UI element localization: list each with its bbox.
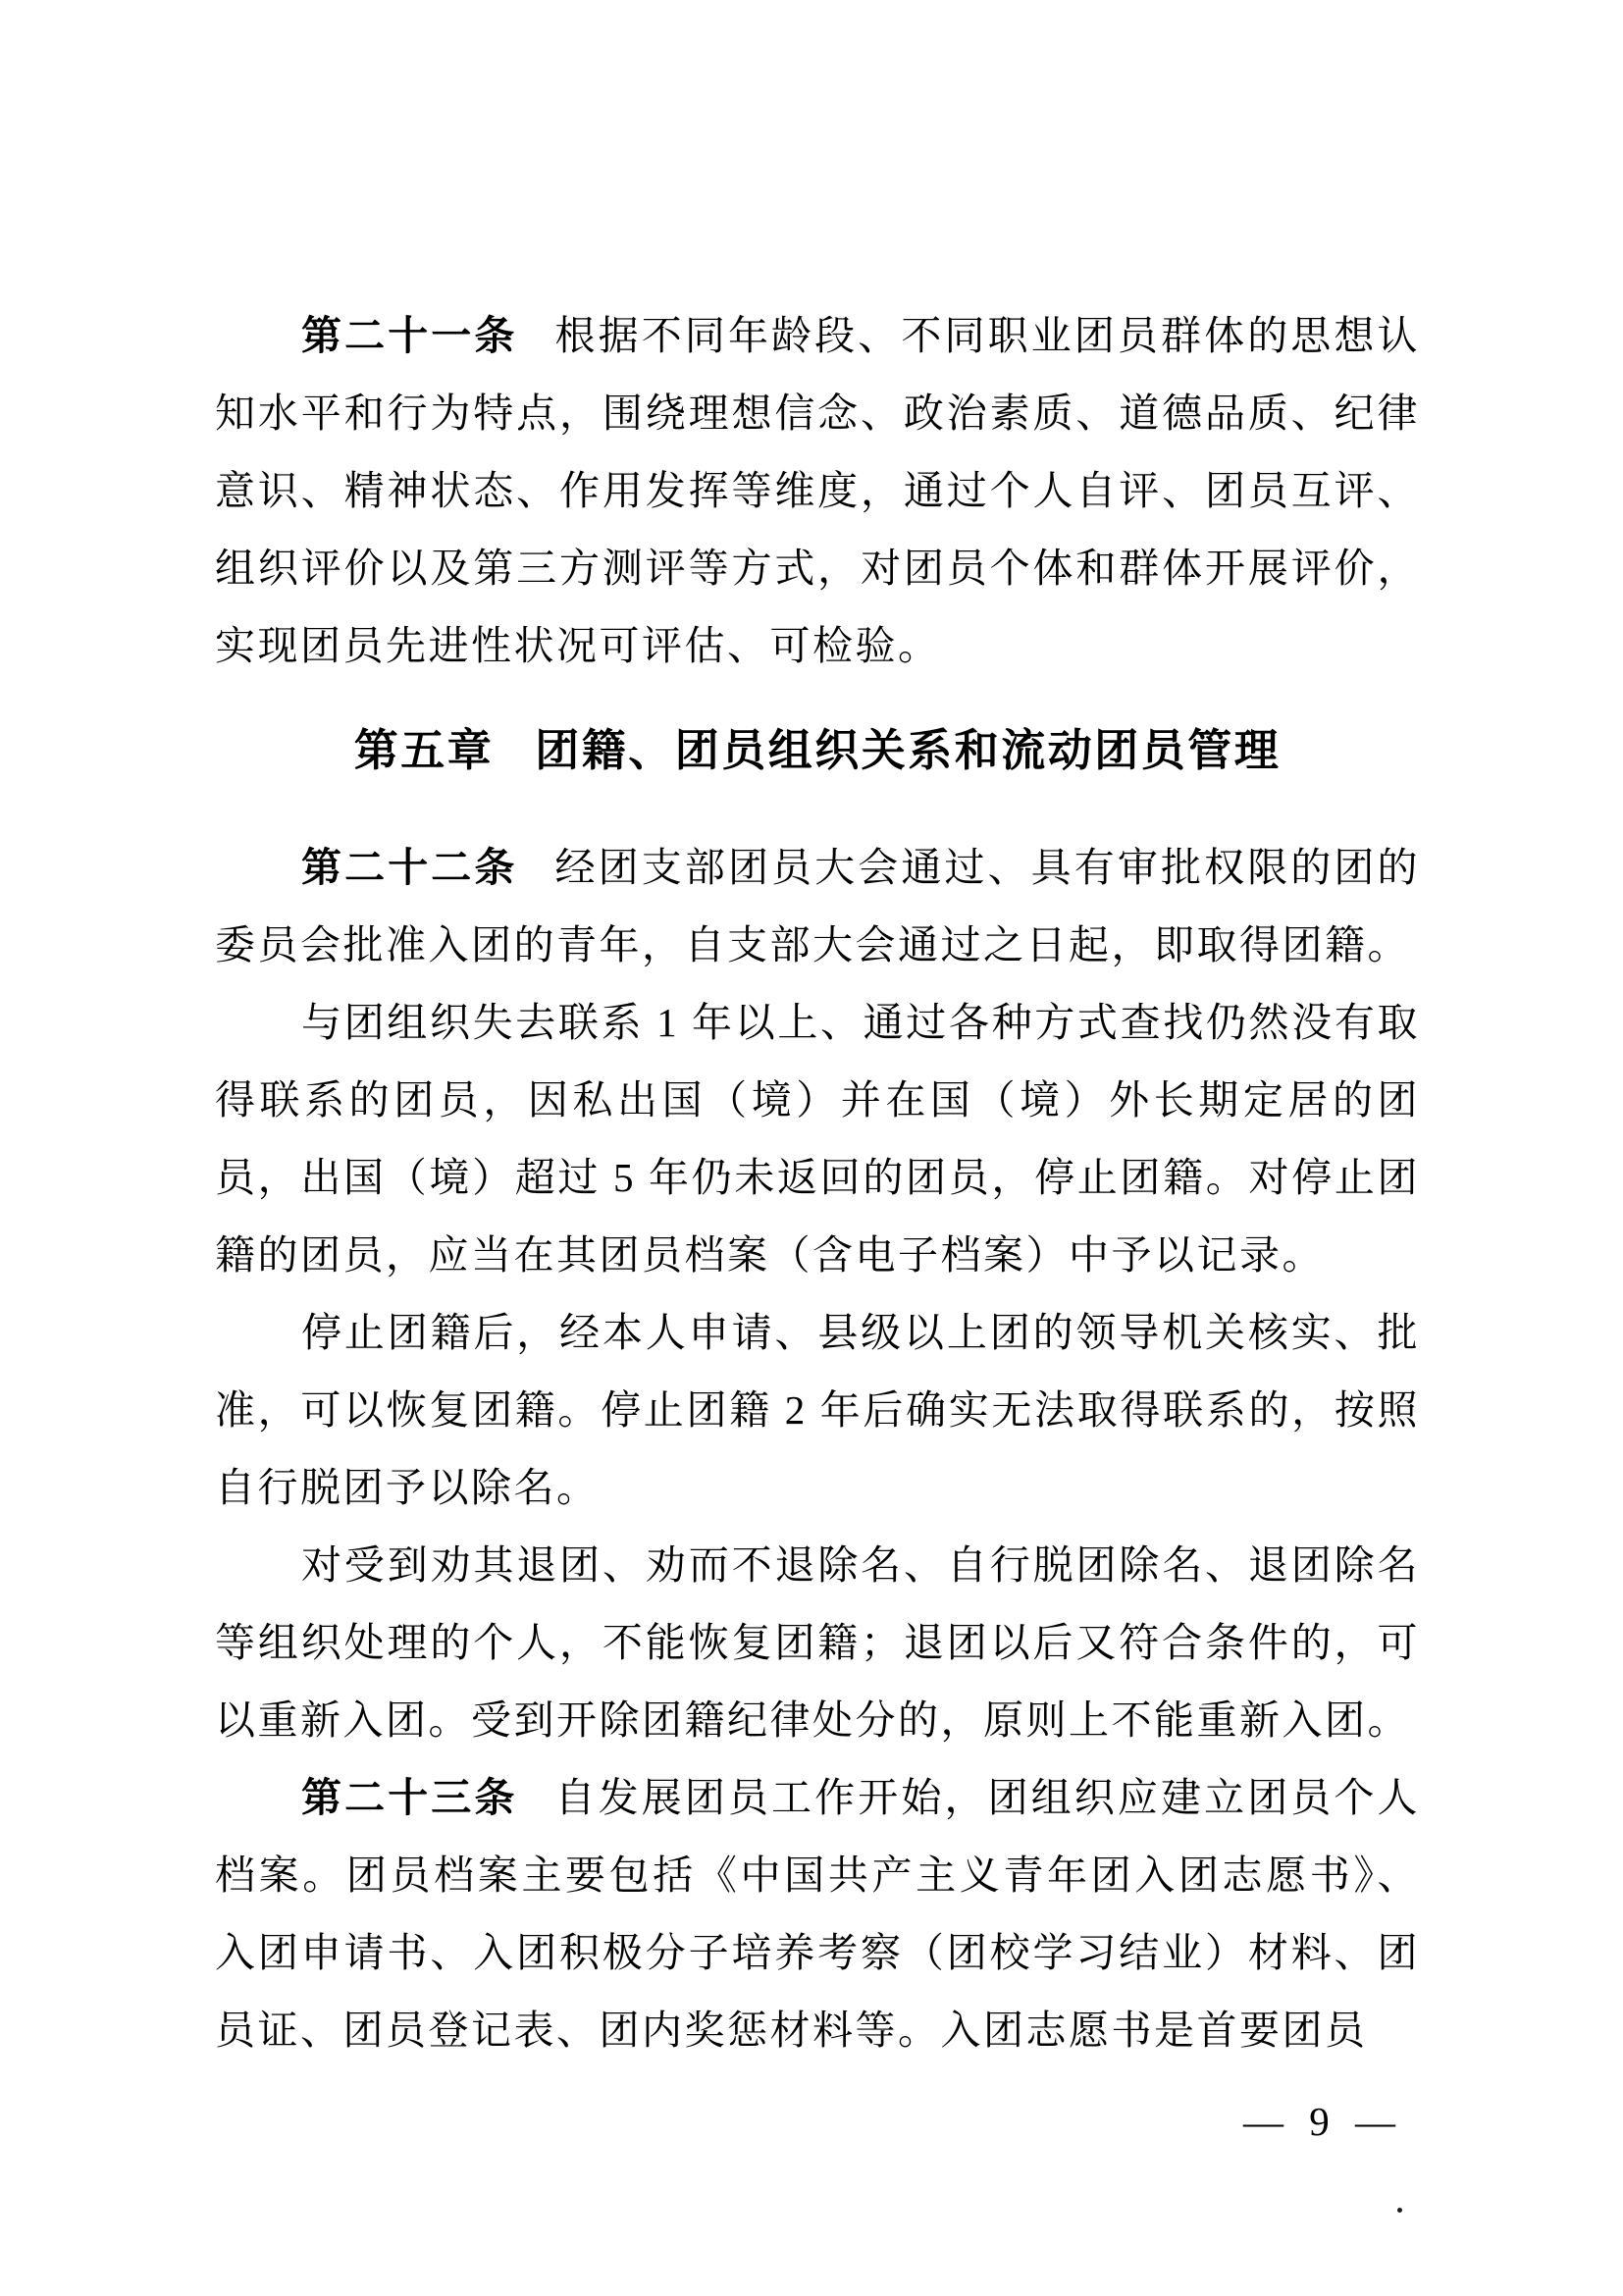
- article-21-text: 根据不同年龄段、不同职业团员群体的思想认知水平和行为特点，围绕理想信念、政治素质…: [215, 313, 1420, 668]
- paragraph-removal-rules-text: 对受到劝其退团、劝而不退除名、自行脱团除名、退团除名等组织处理的个人，不能恢复团…: [215, 1542, 1420, 1743]
- paragraph-removal-rules: 对受到劝其退团、劝而不退除名、自行脱团除名、退团除名等组织处理的个人，不能恢复团…: [215, 1527, 1420, 1759]
- chapter-number: 第五章: [354, 725, 495, 775]
- paragraph-membership-restore-text: 停止团籍后，经本人申请、县级以上团的领导机关核实、批准，可以恢复团籍。停止团籍 …: [215, 1310, 1420, 1510]
- paragraph-lost-contact-text: 与团组织失去联系 1 年以上、通过各种方式查找仍然没有取得联系的团员，因私出国（…: [215, 1000, 1420, 1278]
- article-21-number: 第二十一条: [301, 313, 518, 358]
- paragraph-membership-restore: 停止团籍后，经本人申请、县级以上团的领导机关核实、批准，可以恢复团籍。停止团籍 …: [215, 1294, 1420, 1527]
- document-body: 第二十一条根据不同年龄段、不同职业团员群体的思想认知水平和行为特点，围绕理想信念…: [215, 297, 1420, 2069]
- paragraph-article-22: 第二十二条经团支部团员大会通过、具有审批权限的团的委员会批准入团的青年，自支部大…: [215, 829, 1420, 984]
- article-23-number: 第二十三条: [301, 1775, 518, 1820]
- article-22-number: 第二十二条: [301, 845, 518, 890]
- paragraph-article-23: 第二十三条自发展团员工作开始，团组织应建立团员个人档案。团员档案主要包括《中国共…: [215, 1759, 1420, 2069]
- chapter-title: 团籍、团员组织关系和流动团员管理: [535, 725, 1281, 775]
- scan-artifact-dot: [1397, 2208, 1402, 2213]
- page-number: — 9 —: [1243, 2099, 1397, 2144]
- document-page: 第二十一条根据不同年龄段、不同职业团员群体的思想认知水平和行为特点，围绕理想信念…: [0, 0, 1623, 2296]
- paragraph-article-21: 第二十一条根据不同年龄段、不同职业团员群体的思想认知水平和行为特点，围绕理想信念…: [215, 297, 1420, 685]
- chapter-heading: 第五章团籍、团员组织关系和流动团员管理: [215, 711, 1420, 789]
- paragraph-lost-contact: 与团组织失去联系 1 年以上、通过各种方式查找仍然没有取得联系的团员，因私出国（…: [215, 984, 1420, 1294]
